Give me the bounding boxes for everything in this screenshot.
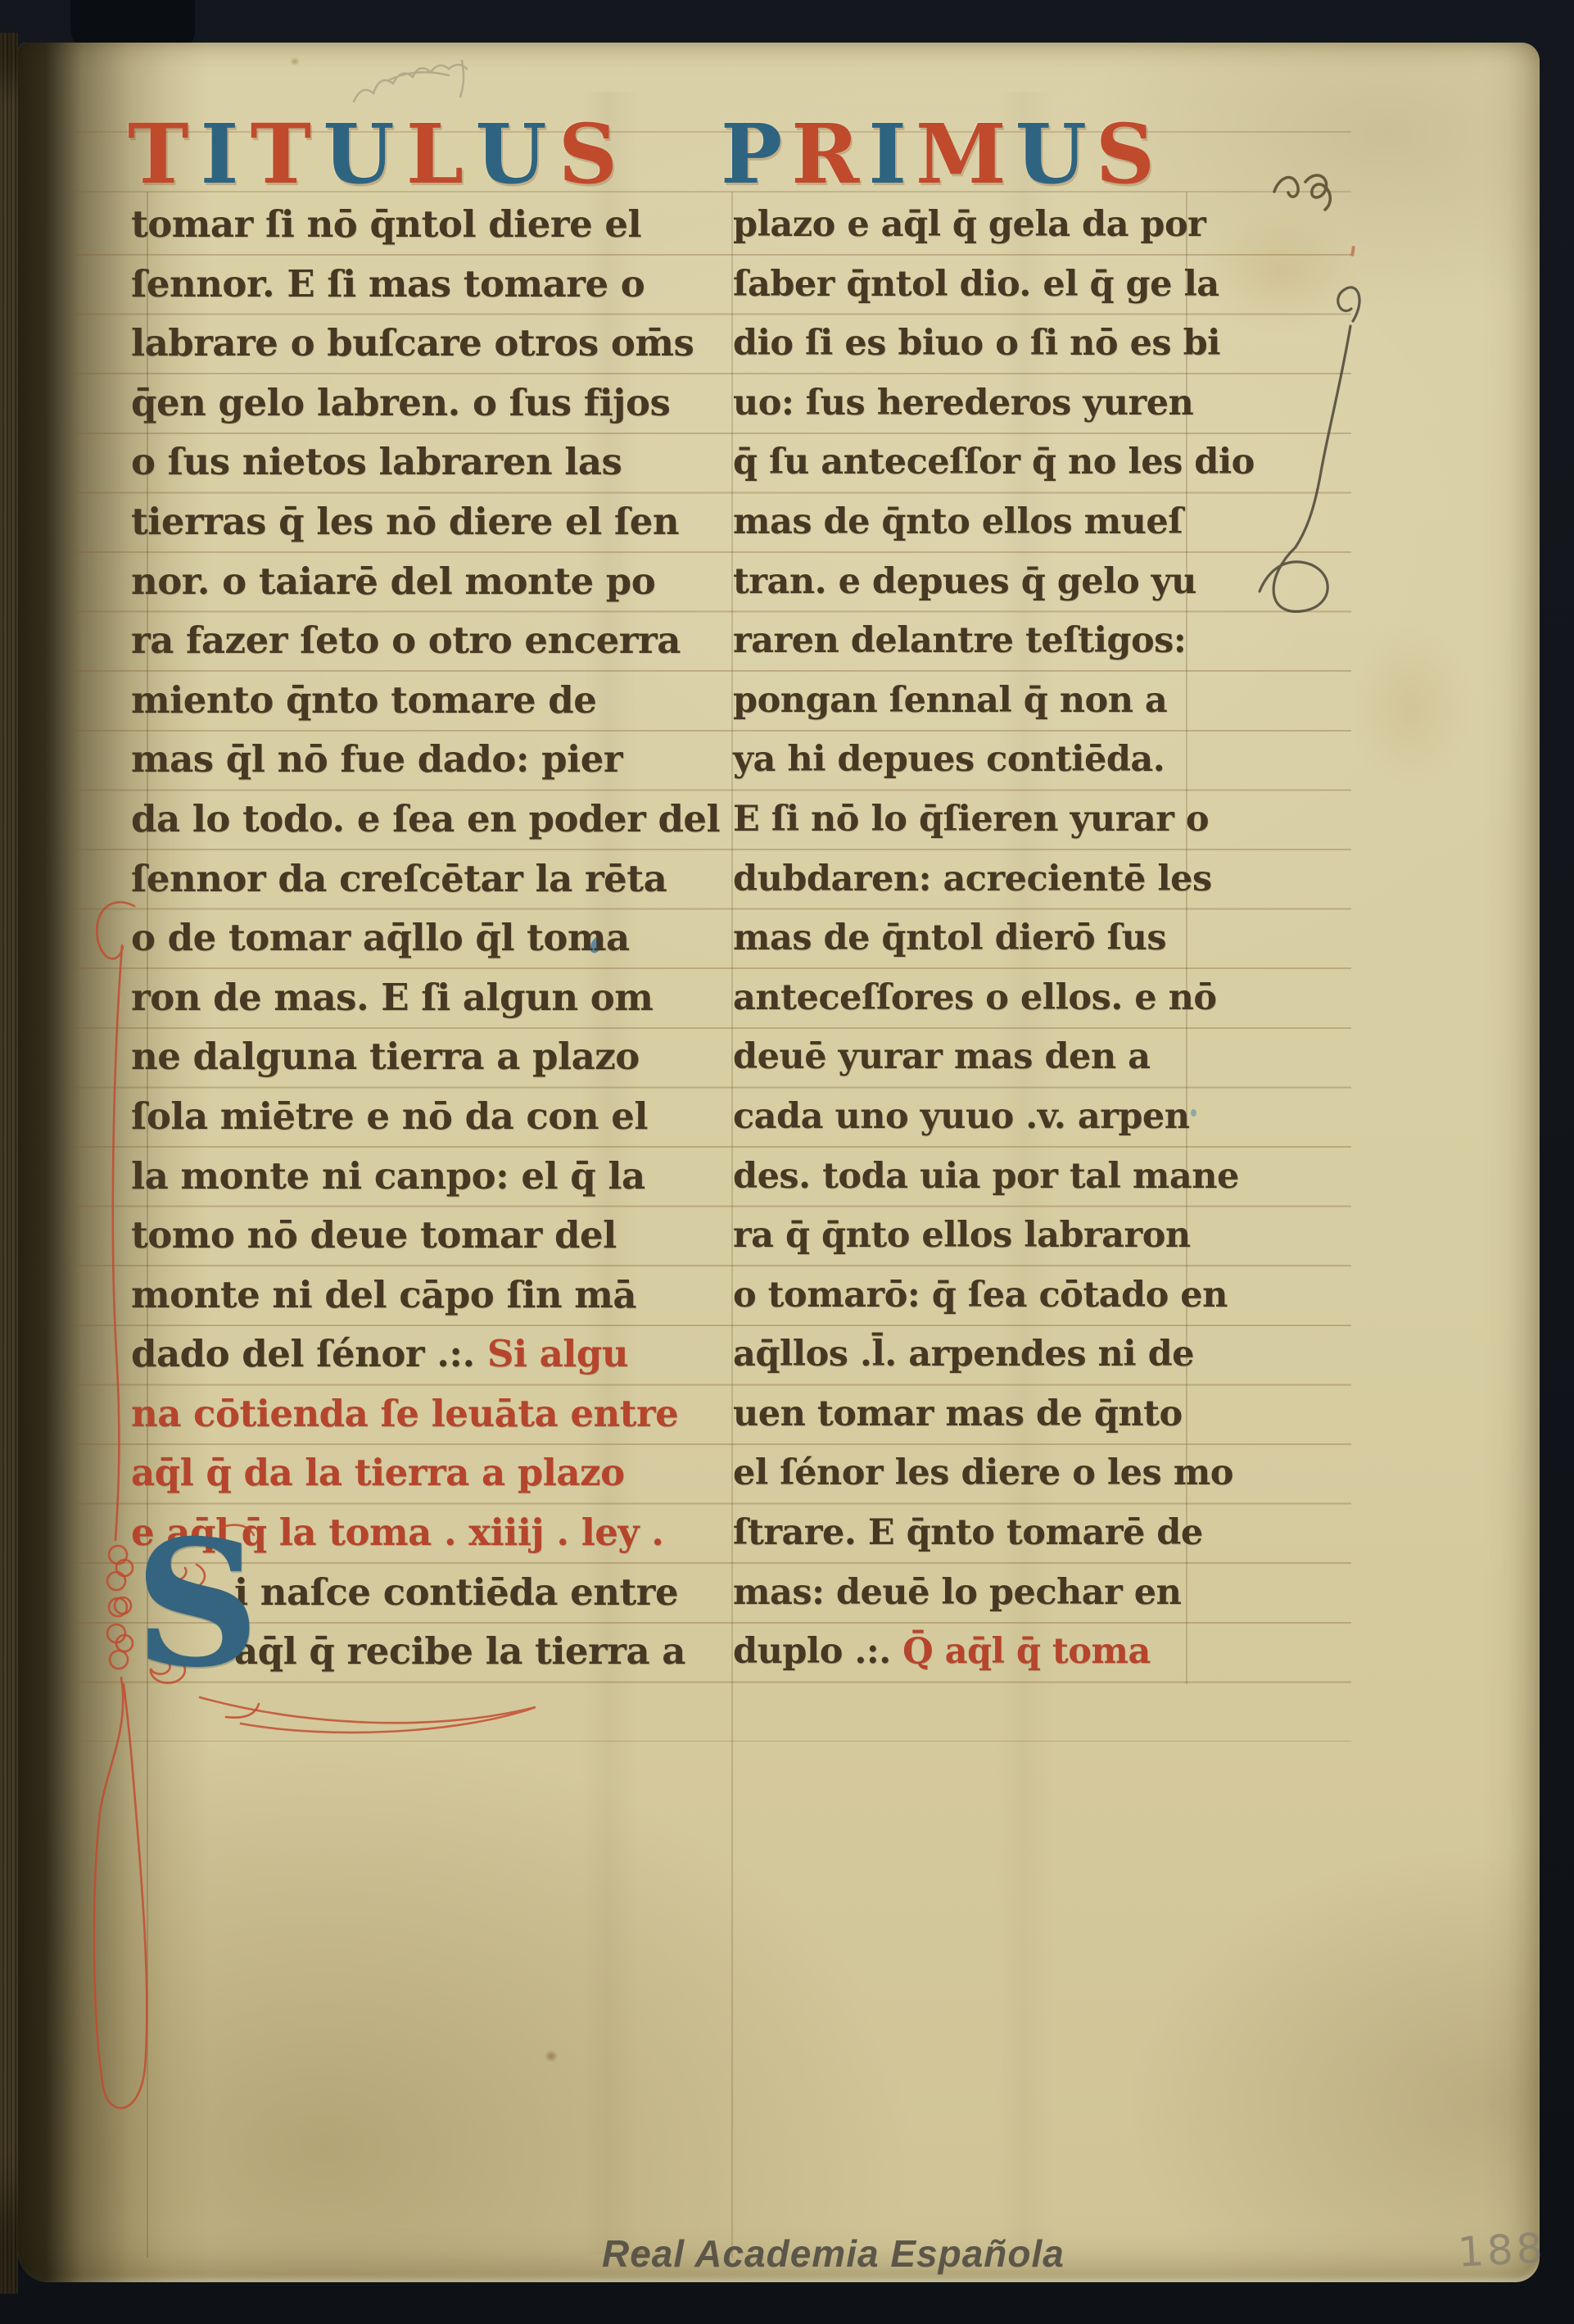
text-line: ſtrare. E q̄nto tomarē de <box>733 1503 1265 1563</box>
title-letter: S <box>559 110 617 198</box>
text-line: E ſi nō lo q̄ſieren yurar o <box>733 790 1265 849</box>
text-line: mas q̄l nō fue dado: pier <box>131 730 712 790</box>
text-line: tierras q̄ les nō diere el ſen <box>131 492 712 552</box>
manuscript-scan: TITULUS PRIMUS tomar ſi nō q̄ntol diere … <box>0 0 1574 2324</box>
text-line: mas de q̄nto ellos mueſ <box>733 492 1265 552</box>
text-line: q̄ ſu anteceſſor q̄ no les dio <box>733 433 1265 492</box>
text-line: duplo .:. Q̄ aq̄l q̄ toma <box>733 1622 1265 1682</box>
text-run: o tomarō: q̄ ſea cōtado en <box>733 1275 1228 1316</box>
text-line: raren delantre teſtigos: <box>733 611 1265 671</box>
text-line: dubdaren: acrecientē les <box>733 849 1265 909</box>
text-run: dubdaren: acrecientē les <box>733 858 1212 899</box>
text-run: o ſus nietos labraren las <box>131 440 622 483</box>
column-right: plazo e aq̄l q̄ gela da porſaber q̄ntol … <box>733 195 1265 1682</box>
text-line: el ſénor les diere o les mo <box>733 1443 1265 1503</box>
text-run: mas de q̄ntol dierō ſus <box>733 917 1166 958</box>
title-letter: M <box>916 110 1006 198</box>
ink-annotation <box>1245 113 1425 260</box>
title-letter: L <box>406 110 464 198</box>
text-run: duplo .:. <box>733 1631 902 1672</box>
text-line: ra q̄ q̄nto ellos labraron <box>733 1206 1265 1266</box>
text-run: uen tomar mas de q̄nto <box>733 1393 1183 1434</box>
text-run: tran. e depues q̄ gelo yu <box>733 561 1196 602</box>
text-line: ya hi depues contiēda. <box>733 730 1265 790</box>
text-line: mas de q̄ntol dierō ſus <box>733 908 1265 968</box>
text-run: da lo todo. e ſea en poder del <box>131 797 720 840</box>
parchment-page: TITULUS PRIMUS tomar ſi nō q̄ntol diere … <box>18 43 1540 2282</box>
text-run: aq̄llos .l̄. arpendes ni de <box>733 1334 1194 1375</box>
text-run: ya hi depues contiēda. <box>733 739 1165 780</box>
text-run: q̄en gelo labren. o ſus fijos <box>131 381 670 424</box>
title-letter: T <box>251 110 311 198</box>
text-run: q̄ ſu anteceſſor q̄ no les dio <box>733 442 1255 482</box>
text-line: da lo todo. e ſea en poder del <box>131 790 712 849</box>
text-run: mas q̄l nō fue dado: pier <box>131 737 622 781</box>
text-line: aq̄llos .l̄. arpendes ni de <box>733 1325 1265 1384</box>
text-line: ſennor. E ſi mas tomare o <box>131 255 712 315</box>
text-line: miento q̄nto tomare de <box>131 671 712 731</box>
text-run: anteceſſores o ellos. e nō <box>733 977 1217 1018</box>
text-run: ſtrare. E q̄nto tomarē de <box>733 1512 1203 1553</box>
text-run: tierras q̄ les nō diere el ſen <box>131 500 679 543</box>
text-line: anteceſſores o ellos. e nō <box>733 968 1265 1028</box>
title-letter: I <box>201 110 239 198</box>
text-line: uen tomar mas de q̄nto <box>733 1384 1265 1444</box>
text-line: ra fazer ſeto o otro encerra <box>131 611 712 671</box>
text-run: nor. o taiarē del monte po <box>131 559 655 603</box>
text-run: des. toda uia por tal mane <box>733 1156 1239 1197</box>
title-letter: R <box>791 110 859 198</box>
text-line: o tomarō: q̄ ſea cōtado en <box>733 1266 1265 1325</box>
text-line: tran. e depues q̄ gelo yu <box>733 552 1265 612</box>
library-watermark: Real Academia Española <box>602 2231 1065 2276</box>
text-run: cada uno yuuo .v. arpen <box>733 1096 1190 1137</box>
title-letter: S <box>1096 110 1155 198</box>
text-line: cada uno yuuo .v. arpen <box>733 1087 1265 1147</box>
title-word-titulus: TITULUS <box>128 110 617 198</box>
title-letter: P <box>721 110 782 198</box>
text-line: des. toda uia por tal mane <box>733 1147 1265 1207</box>
text-run: raren delantre teſtigos: <box>733 620 1186 661</box>
text-run: dio ſi es biuo o ſi nō es bi <box>733 323 1220 364</box>
text-run: Q̄ aq̄l q̄ toma <box>902 1631 1151 1672</box>
text-run: ſennor. E ſi mas tomare o <box>131 262 645 306</box>
title-letter: T <box>128 110 188 198</box>
text-run: ra fazer ſeto o otro encerra <box>131 618 681 662</box>
text-run: tomar ſi nō q̄ntol diere el <box>131 202 641 246</box>
text-line: pongan ſennal q̄ non a <box>733 671 1265 731</box>
text-line: nor. o taiarē del monte po <box>131 552 712 612</box>
drop-initial-letter: S <box>134 1515 260 1692</box>
text-run: mas de q̄nto ellos mueſ <box>733 501 1183 542</box>
text-line: labrare o buſcare otros om̄s <box>131 314 712 374</box>
text-run: E ſi nō lo q̄ſieren yurar o <box>733 799 1209 840</box>
pencil-flourish <box>1237 272 1433 616</box>
text-line: deuē yurar mas den a <box>733 1027 1265 1087</box>
text-line: q̄en gelo labren. o ſus fijos <box>131 374 712 433</box>
text-run: miento q̄nto tomare de <box>131 678 596 722</box>
text-line: o ſus nietos labraren las <box>131 433 712 492</box>
text-line: tomar ſi nō q̄ntol diere el <box>131 195 712 255</box>
book-fore-edge <box>0 33 18 2294</box>
text-line: plazo e aq̄l q̄ gela da por <box>733 195 1265 255</box>
text-run: pongan ſennal q̄ non a <box>733 680 1167 721</box>
title-letter: U <box>475 110 546 198</box>
text-run: labrare o buſcare otros om̄s <box>131 321 694 365</box>
text-line: ſaber q̄ntol dio. el q̄ ge la <box>733 255 1265 315</box>
text-run: deuē yurar mas den a <box>733 1036 1150 1077</box>
title-letter: I <box>868 110 907 198</box>
text-run: plazo e aq̄l q̄ gela da por <box>733 204 1205 245</box>
stain <box>288 56 301 67</box>
text-run: el ſénor les diere o les mo <box>733 1452 1233 1493</box>
text-line: dio ſi es biuo o ſi nō es bi <box>733 314 1265 374</box>
text-run: ſaber q̄ntol dio. el q̄ ge la <box>733 264 1219 305</box>
text-run: ra q̄ q̄nto ellos labraron <box>733 1215 1191 1256</box>
title-word-primus: PRIMUS <box>721 110 1155 198</box>
folio-number: 188 <box>1457 2224 1547 2276</box>
title-letter: U <box>323 110 394 198</box>
title-letter: U <box>1015 110 1087 198</box>
text-line: mas: deuē lo pechar en <box>733 1563 1265 1623</box>
text-run: mas: deuē lo pechar en <box>733 1572 1181 1613</box>
text-line: uo: ſus herederos yuren <box>733 374 1265 433</box>
text-run: uo: ſus herederos yuren <box>733 383 1193 424</box>
